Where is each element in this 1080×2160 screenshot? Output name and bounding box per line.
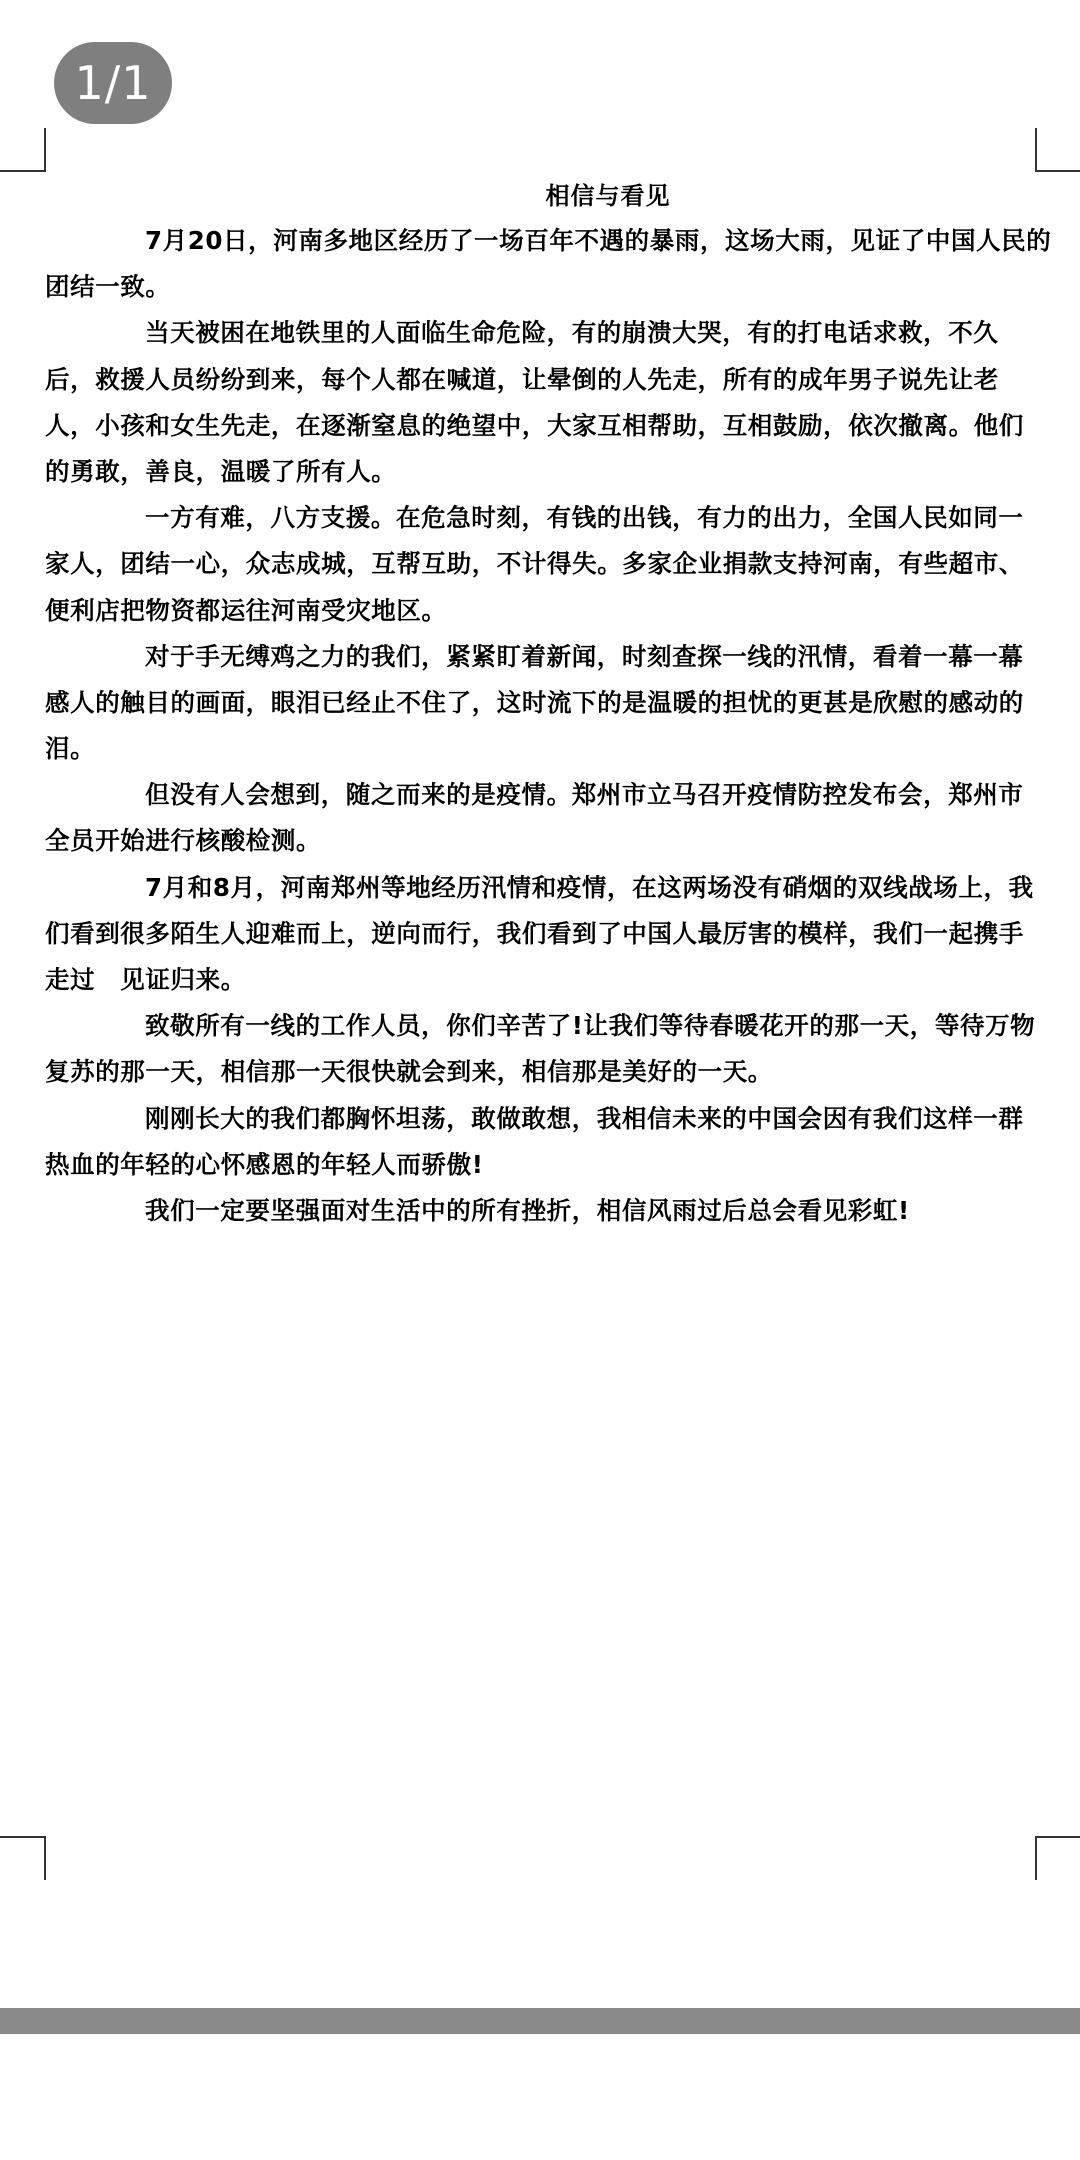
text-line: 走过 见证归来。 bbox=[45, 957, 1035, 1003]
text-line: 致敬所有一线的工作人员，你们辛苦了!让我们等待春暖花开的那一天，等待万物 bbox=[45, 1003, 1035, 1049]
text-line: 刚刚长大的我们都胸怀坦荡，敢做敢想，我相信未来的中国会因有我们这样一群 bbox=[45, 1096, 1035, 1142]
text-line: 一方有难，八方支援。在危急时刻，有钱的出钱，有力的出力，全国人民如同一 bbox=[45, 495, 1035, 541]
text-line: 们看到很多陌生人迎难而上，逆向而行，我们看到了中国人最厉害的模样，我们一起携手 bbox=[45, 911, 1035, 957]
paragraph: 当天被困在地铁里的人面临生命危险，有的崩溃大哭，有的打电话求救，不久 后，救援人… bbox=[45, 310, 1035, 495]
page-indicator-text: 1/1 bbox=[74, 56, 151, 110]
paragraph: 但没有人会想到，随之而来的是疫情。郑州市立马召开疫情防控发布会，郑州市 全员开始… bbox=[45, 772, 1035, 864]
paragraph: 我们一定要坚强面对生活中的所有挫折，相信风雨过后总会看见彩虹! bbox=[45, 1188, 1035, 1234]
text-line: 复苏的那一天，相信那一天很快就会到来，相信那是美好的一天。 bbox=[45, 1049, 1035, 1095]
crop-mark-bottom-right bbox=[1035, 1836, 1080, 1880]
paragraph: 刚刚长大的我们都胸怀坦荡，敢做敢想，我相信未来的中国会因有我们这样一群 热血的年… bbox=[45, 1096, 1035, 1188]
crop-mark-top-left bbox=[0, 128, 46, 172]
paragraph: 7月20日，河南多地区经历了一场百年不遇的暴雨，这场大雨，见证了中国人民的 团结… bbox=[45, 218, 1035, 310]
text-line: 全员开始进行核酸检测。 bbox=[45, 818, 1035, 864]
bottom-scroll-bar[interactable] bbox=[0, 2008, 1080, 2034]
document-title: 相信与看见 bbox=[0, 178, 1080, 214]
text-line: 家人，团结一心，众志成城，互帮互助，不计得失。多家企业捐款支持河南，有些超市、 bbox=[45, 541, 1035, 587]
paragraph: 对于手无缚鸡之力的我们，紧紧盯着新闻，时刻查探一线的汛情，看着一幕一幕 感人的触… bbox=[45, 634, 1035, 773]
page-indicator-badge: 1/1 bbox=[54, 42, 172, 124]
text-line: 后，救援人员纷纷到来，每个人都在喊道，让晕倒的人先走，所有的成年男子说先让老 bbox=[45, 357, 1035, 403]
text-line: 7月和8月，河南郑州等地经历汛情和疫情，在这两场没有硝烟的双线战场上，我 bbox=[45, 865, 1035, 911]
paragraph: 7月和8月，河南郑州等地经历汛情和疫情，在这两场没有硝烟的双线战场上，我 们看到… bbox=[45, 865, 1035, 1004]
paragraph: 一方有难，八方支援。在危急时刻，有钱的出钱，有力的出力，全国人民如同一 家人，团… bbox=[45, 495, 1035, 634]
text-line: 泪。 bbox=[45, 726, 1035, 772]
paragraph: 致敬所有一线的工作人员，你们辛苦了!让我们等待春暖花开的那一天，等待万物 复苏的… bbox=[45, 1003, 1035, 1095]
text-line: 的勇敢，善良，温暖了所有人。 bbox=[45, 449, 1035, 495]
text-line: 感人的触目的画面，眼泪已经止不住了，这时流下的是温暖的担忧的更甚是欣慰的感动的 bbox=[45, 680, 1035, 726]
document-body: 7月20日，河南多地区经历了一场百年不遇的暴雨，这场大雨，见证了中国人民的 团结… bbox=[45, 218, 1035, 1234]
text-line: 对于手无缚鸡之力的我们，紧紧盯着新闻，时刻查探一线的汛情，看着一幕一幕 bbox=[45, 634, 1035, 680]
text-line: 团结一致。 bbox=[45, 264, 1035, 310]
text-line: 我们一定要坚强面对生活中的所有挫折，相信风雨过后总会看见彩虹! bbox=[45, 1188, 1035, 1234]
text-line: 便利店把物资都运往河南受灾地区。 bbox=[45, 588, 1035, 634]
text-line: 当天被困在地铁里的人面临生命危险，有的崩溃大哭，有的打电话求救，不久 bbox=[45, 310, 1035, 356]
text-line: 但没有人会想到，随之而来的是疫情。郑州市立马召开疫情防控发布会，郑州市 bbox=[45, 772, 1035, 818]
text-line: 热血的年轻的心怀感恩的年轻人而骄傲! bbox=[45, 1142, 1035, 1188]
text-line: 7月20日，河南多地区经历了一场百年不遇的暴雨，这场大雨，见证了中国人民的 bbox=[45, 218, 1035, 264]
crop-mark-bottom-left bbox=[0, 1836, 46, 1880]
crop-mark-top-right bbox=[1035, 128, 1080, 172]
text-line: 人，小孩和女生先走，在逐渐窒息的绝望中，大家互相帮助，互相鼓励，依次撤离。他们 bbox=[45, 403, 1035, 449]
